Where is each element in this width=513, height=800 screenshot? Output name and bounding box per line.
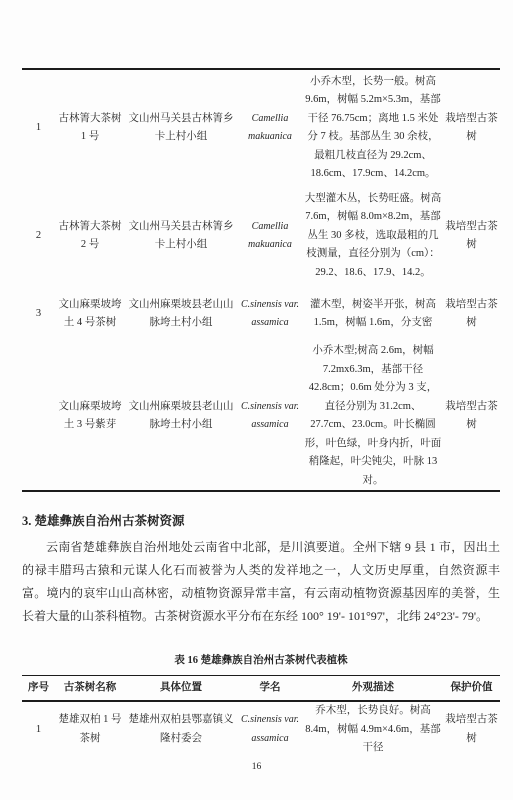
header-tree-name: 古茶树名称 <box>55 676 125 702</box>
table-row: 3 文山麻栗坡垮土 4 号茶树 文山州麻栗坡县老山山脉垮土村小组 C.sinen… <box>22 286 500 342</box>
location-cell: 文山州麻栗坡县老山山脉垮土村小组 <box>125 286 237 342</box>
page-number: 16 <box>0 762 513 772</box>
table-row: 2 古林箐大茶树 2 号 文山州马关县古林箐乡卡上村小组 Camellia ma… <box>22 186 500 286</box>
table-row: 文山麻栗坡垮土 3 号紫芽 文山州麻栗坡县老山山脉垮土村小组 C.sinensi… <box>22 342 500 491</box>
description-cell: 小乔木型;树高 2.6m，树幅 7.2mx6.3m，基部干径 42.8cm；0.… <box>303 342 443 491</box>
tree-name-cell: 古林箐大茶树 2 号 <box>55 186 125 286</box>
protection-cell: 栽培型古茶树 <box>443 69 500 186</box>
seq-cell: 3 <box>22 286 55 342</box>
tree-name-cell: 古林箐大茶树 1 号 <box>55 69 125 186</box>
seq-cell: 1 <box>22 69 55 186</box>
location-cell: 文山州马关县古林箐乡卡上村小组 <box>125 186 237 286</box>
header-seq: 序号 <box>22 676 55 702</box>
tree-name-cell: 文山麻栗坡垮土 3 号紫芽 <box>55 342 125 491</box>
seq-cell: 1 <box>22 701 55 758</box>
section-heading: 3. 楚雄彝族自治州古茶树资源 <box>22 513 500 530</box>
location-cell: 文山州马关县古林箐乡卡上村小组 <box>125 69 237 186</box>
description-cell: 大型灌木丛，长势旺盛。树高 7.6m，树幅 8.0m×8.2m，基部丛生 30 … <box>303 186 443 286</box>
document-page: 1 古林箐大茶树 1 号 文山州马关县古林箐乡卡上村小组 Camellia ma… <box>0 0 513 800</box>
scientific-name-cell: C.sinensis var. assamica <box>237 286 303 342</box>
tree-name-cell: 文山麻栗坡垮土 4 号茶树 <box>55 286 125 342</box>
location-cell: 文山州麻栗坡县老山山脉垮土村小组 <box>125 342 237 491</box>
table-row: 1 古林箐大茶树 1 号 文山州马关县古林箐乡卡上村小组 Camellia ma… <box>22 69 500 186</box>
protection-cell: 栽培型古茶树 <box>443 701 500 758</box>
seq-cell <box>22 342 55 491</box>
ancient-tea-tree-table-continued: 1 古林箐大茶树 1 号 文山州马关县古林箐乡卡上村小组 Camellia ma… <box>22 68 500 492</box>
scientific-name-cell: C.sinensis var. assamica <box>237 342 303 491</box>
description-cell: 小乔木型，长势一般。树高 9.6m，树幅 5.2m×5.3m，基部干径 76.7… <box>303 69 443 186</box>
scientific-name-cell: Camellia makuanica <box>237 69 303 186</box>
header-scientific-name: 学名 <box>237 676 303 702</box>
description-cell: 灌木型，树姿半开张，树高 1.5m，树幅 1.6m，分支密 <box>303 286 443 342</box>
section-paragraph: 云南省楚雄彝族自治州地处云南省中北部，是川滇要道。全州下辖 9 县 1 市，因出… <box>22 536 500 628</box>
protection-cell: 栽培型古茶树 <box>443 342 500 491</box>
header-location: 具体位置 <box>125 676 237 702</box>
table-row: 1 楚雄双柏 1 号茶树 楚雄州双柏县鄂嘉镇义隆村委会 C.sinensis v… <box>22 701 500 758</box>
description-cell: 乔木型，长势良好。树高 8.4m，树幅 4.9m×4.6m，基部干径 <box>303 701 443 758</box>
protection-cell: 栽培型古茶树 <box>443 286 500 342</box>
header-protection: 保护价值 <box>443 676 500 702</box>
seq-cell: 2 <box>22 186 55 286</box>
protection-cell: 栽培型古茶树 <box>443 186 500 286</box>
table-caption: 表 16 楚雄彝族自治州古茶树代表植株 <box>22 653 500 668</box>
location-cell: 楚雄州双柏县鄂嘉镇义隆村委会 <box>125 701 237 758</box>
scientific-name-cell: C.sinensis var. assamica <box>237 701 303 758</box>
table-header-row: 序号 古茶树名称 具体位置 学名 外观描述 保护价值 <box>22 676 500 702</box>
chuxiong-tea-tree-table: 序号 古茶树名称 具体位置 学名 外观描述 保护价值 1 楚雄双柏 1 号茶树 … <box>22 675 500 758</box>
tree-name-cell: 楚雄双柏 1 号茶树 <box>55 701 125 758</box>
scientific-name-cell: Camellia makuanica <box>237 186 303 286</box>
header-description: 外观描述 <box>303 676 443 702</box>
page-content: 1 古林箐大茶树 1 号 文山州马关县古林箐乡卡上村小组 Camellia ma… <box>22 0 500 758</box>
